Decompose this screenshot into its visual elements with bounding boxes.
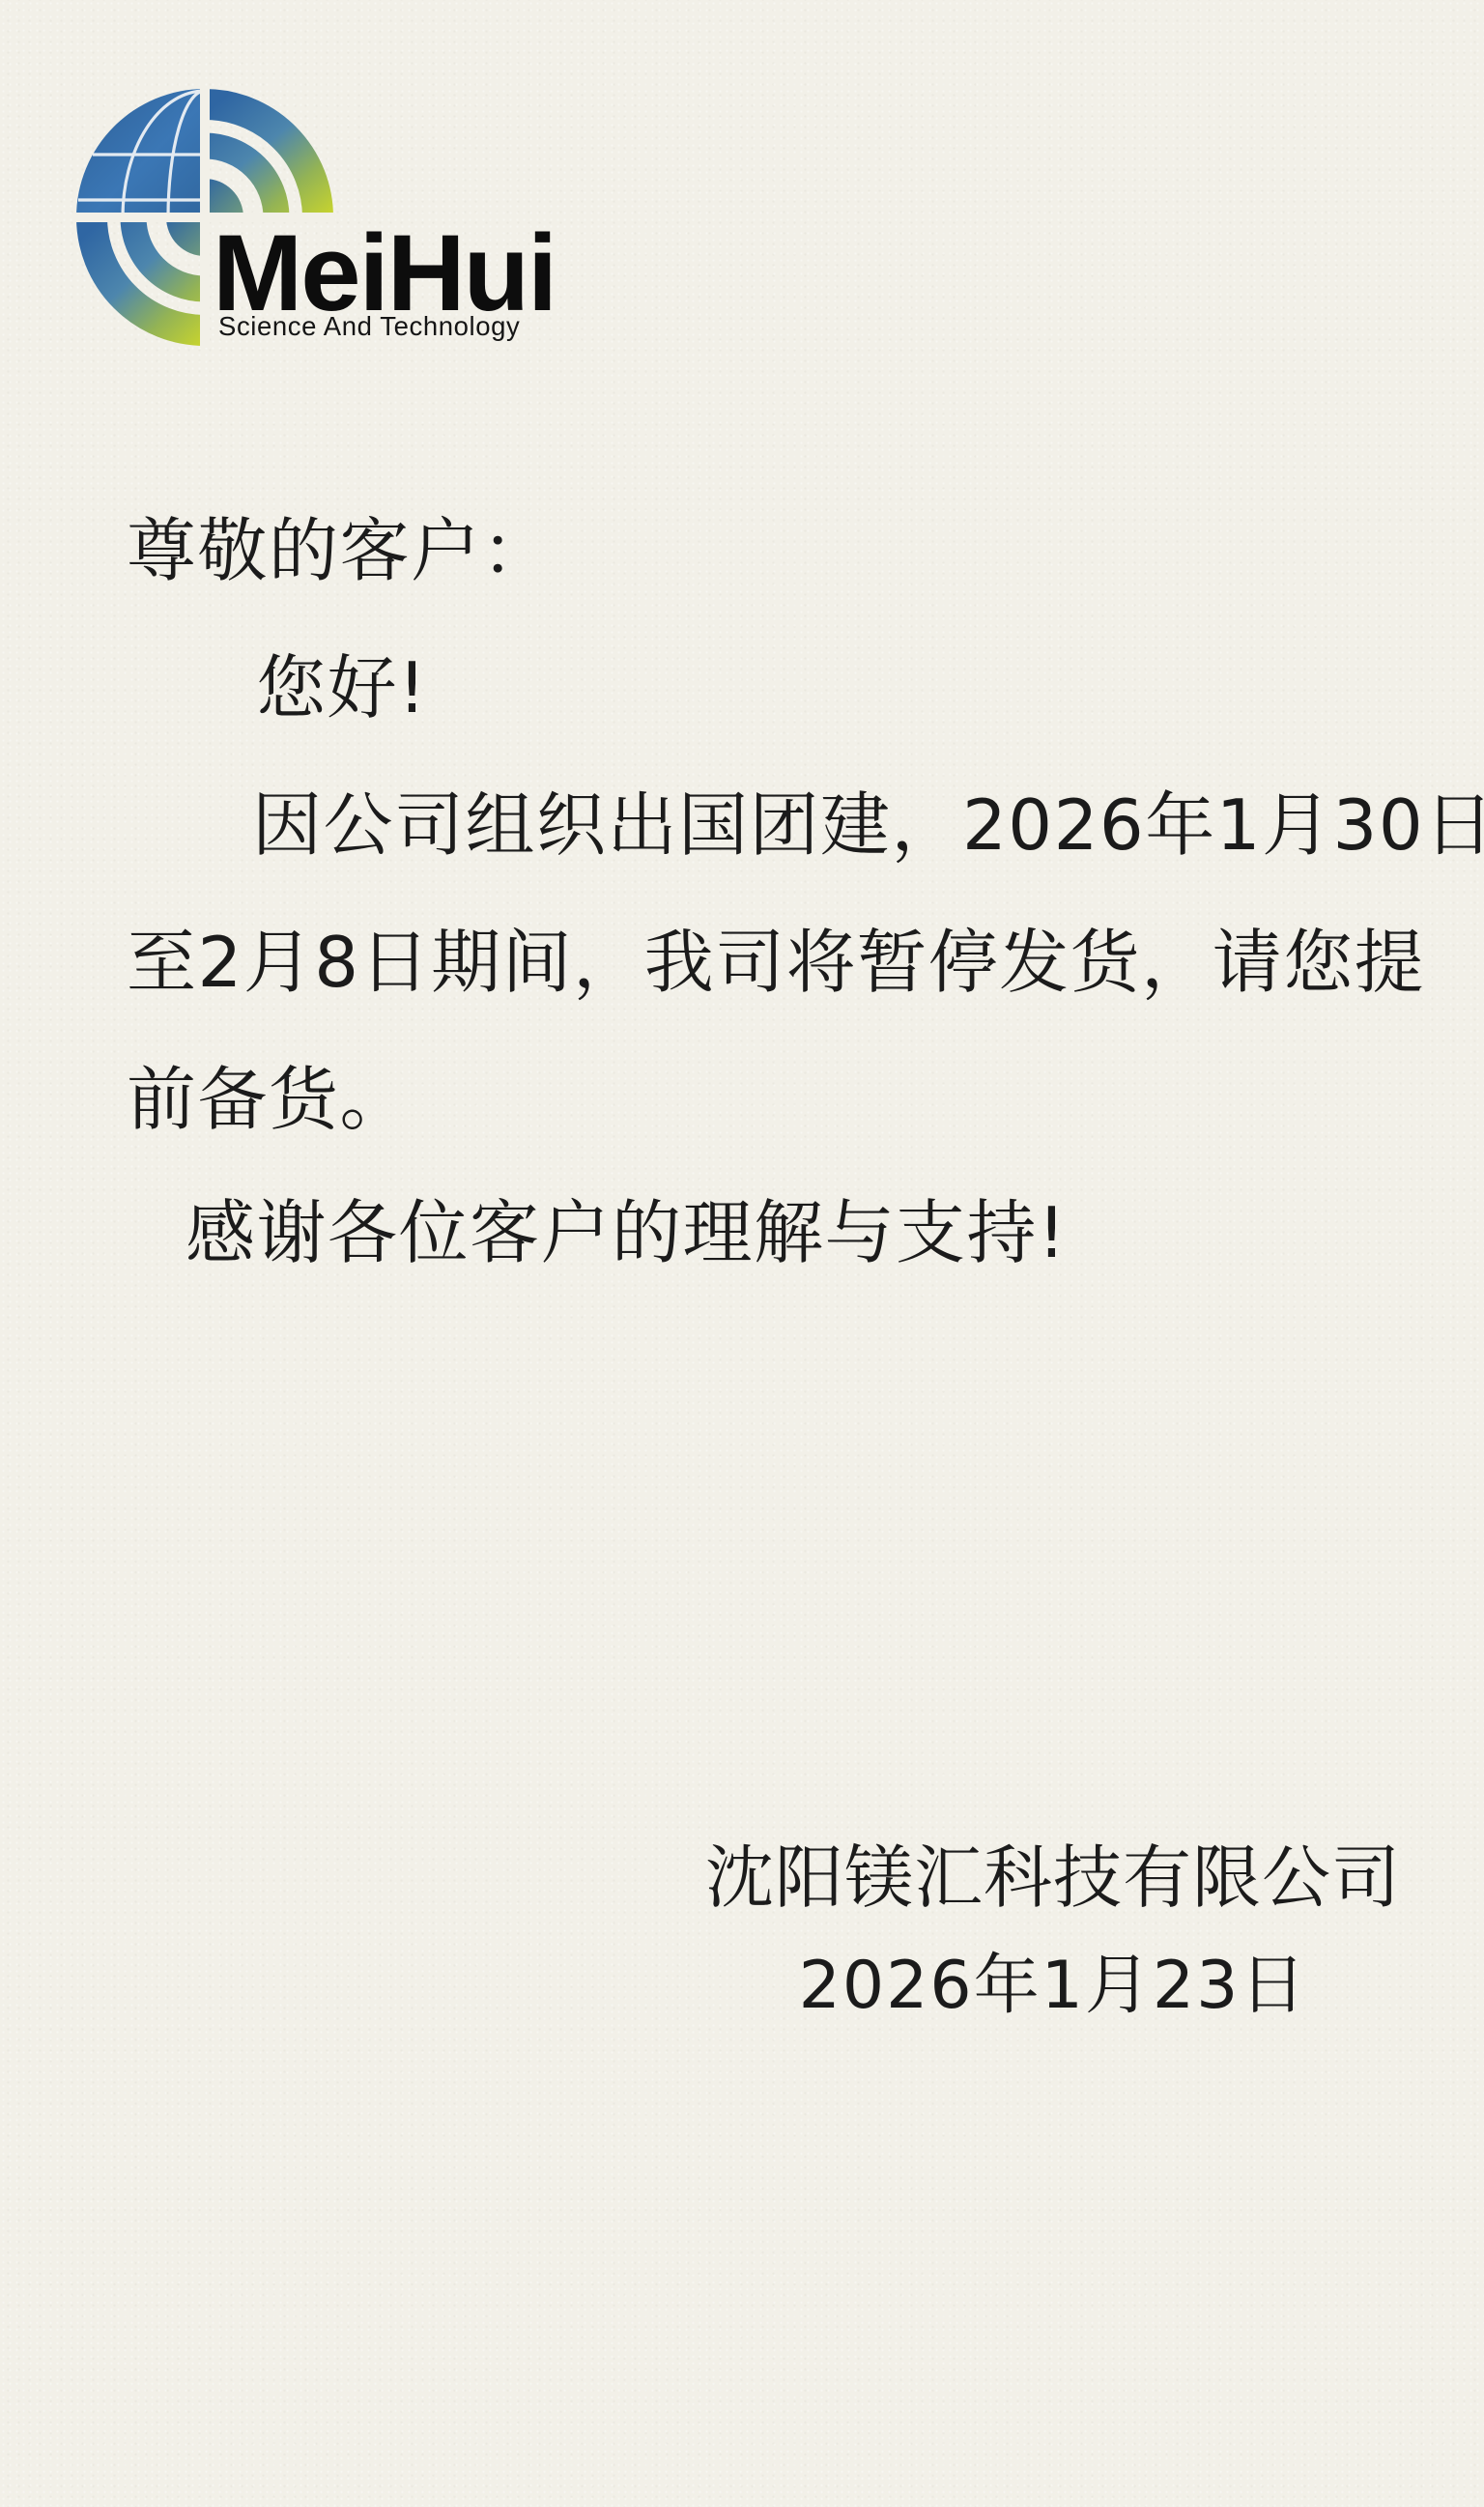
thanks-line: 感谢各位客户的理解与支持! bbox=[185, 1198, 1067, 1268]
signature-date: 2026年1月23日 bbox=[705, 1953, 1401, 2019]
notice-page: MeiHui Science And Technology 尊敬的客户： 您好!… bbox=[0, 0, 1484, 2507]
signature-company: 沈阳镁汇科技有限公司 bbox=[705, 1843, 1401, 1912]
greeting-line: 您好! bbox=[256, 653, 427, 723]
body-line-2: 至2月8日期间，我司将暂停发货，请您提 bbox=[127, 927, 1425, 997]
body-line-3: 前备货。 bbox=[127, 1065, 411, 1134]
salutation-line: 尊敬的客户： bbox=[127, 516, 553, 585]
logo-tagline: Science And Technology bbox=[218, 313, 520, 340]
body-line-1: 因公司组织出国团建，2026年1月30日 bbox=[252, 790, 1484, 860]
